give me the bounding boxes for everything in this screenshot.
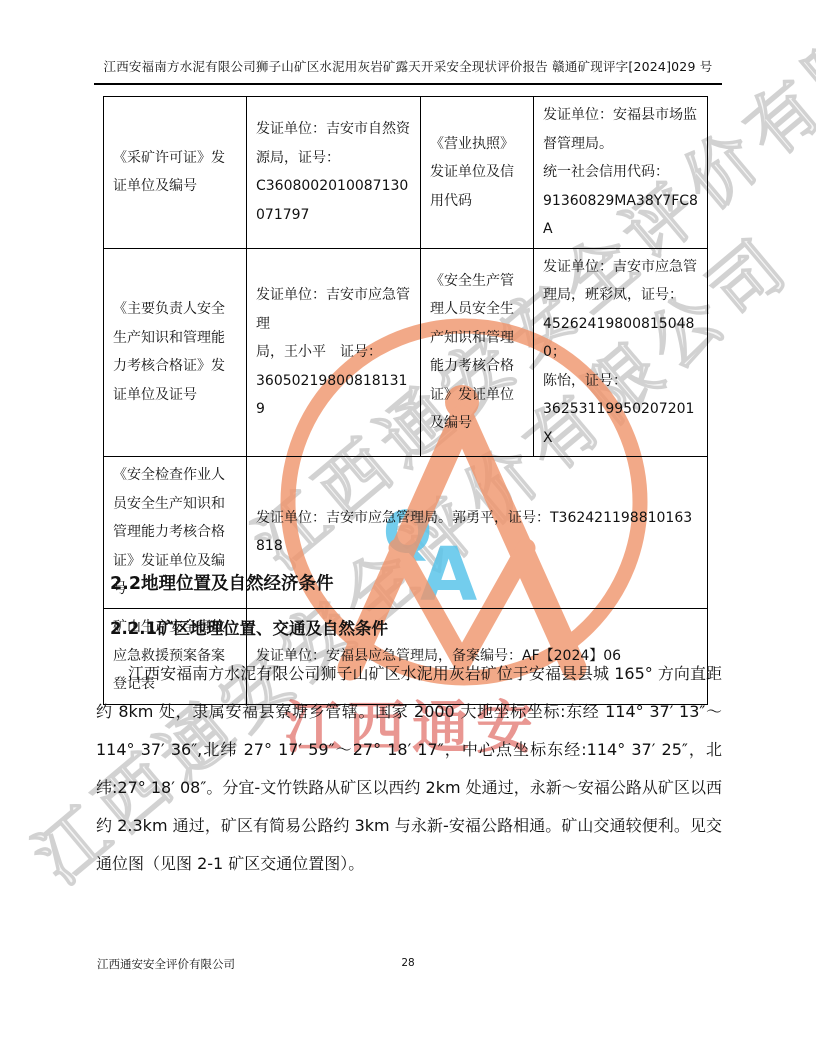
- cert-value-cell: 发证单位：吉安市应急管理局，班彩凤，证号： 452624198008150480…: [534, 248, 708, 457]
- body-paragraph: 江西安福南方水泥有限公司狮子山矿区水泥用灰岩矿位于安福县县城 165° 方向直距…: [96, 655, 722, 883]
- cert-value-cell: 发证单位：吉安市自然资源局，证号： C360800201008713007179…: [247, 97, 421, 249]
- table-row: 《采矿许可证》发证单位及编号 发证单位：吉安市自然资源局，证号： C360800…: [104, 97, 708, 249]
- cert-label-cell: 《采矿许可证》发证单位及编号: [104, 97, 247, 249]
- cert-value-cell: 发证单位：安福县市场监督管理局。 统一社会信用代码： 91360829MA38Y…: [534, 97, 708, 249]
- page-content: 江西安福南方水泥有限公司狮子山矿区水泥用灰岩矿露天开采安全现状评价报告 赣通矿现…: [0, 0, 816, 1056]
- page-number: 28: [0, 957, 816, 969]
- cert-label-cell: 《安全生产管理人员安全生产知识和管理能力考核合格证》发证单位及编号: [421, 248, 534, 457]
- section-heading-2-2-1: 2.2.1矿区地理位置、交通及自然条件: [110, 615, 722, 639]
- document-header: 江西安福南方水泥有限公司狮子山矿区水泥用灰岩矿露天开采安全现状评价报告 赣通矿现…: [94, 58, 722, 85]
- document-page: 江西通安安全评价有限公司 江西通安安全评价有限公司 Q A 江西通安 江西安福南…: [0, 0, 816, 1056]
- table-row: 《主要负责人安全生产知识和管理能力考核合格证》发证单位及证号 发证单位：吉安市应…: [104, 248, 708, 457]
- section-heading-2-2: 2.2地理位置及自然经济条件: [110, 570, 722, 595]
- cert-label-cell: 《主要负责人安全生产知识和管理能力考核合格证》发证单位及证号: [104, 248, 247, 457]
- text-section: 2.2地理位置及自然经济条件 2.2.1矿区地理位置、交通及自然条件 江西安福南…: [96, 566, 722, 883]
- cert-label-cell: 《营业执照》发证单位及信用代码: [421, 97, 534, 249]
- cert-value-cell: 发证单位：吉安市应急管理 局，王小平 证号： 36050219800818131…: [247, 248, 421, 457]
